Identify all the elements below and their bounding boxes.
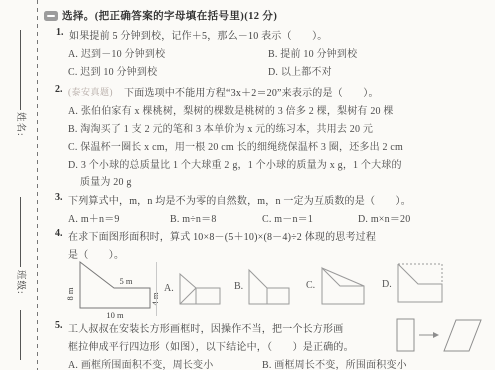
q4-option-c-figure	[320, 266, 366, 306]
q3-number: 3.	[55, 192, 63, 203]
q5-number: 5.	[55, 320, 63, 331]
q2-option-d-line1: D. 3 个小球的总质量比 1 个大球重 2 g，1 个小球的质量为 x g，1…	[68, 156, 402, 171]
q5-text-line1: 工人叔叔在安装长方形画框时，因操作不当，把一个长方形画	[68, 320, 343, 335]
q5-option-b: B. 画框周长不变，所围面积变小	[262, 356, 407, 370]
q4-option-a-label: A.	[164, 283, 174, 294]
q2-option-b: B. 淘淘买了 1 支 2 元的笔和 3 本单价为 x 元的练习本，共用去 20…	[68, 120, 373, 135]
q4-fig-label-8m: 8 m	[65, 287, 75, 300]
q2-option-a: A. 张伯伯家有 x 棵桃树，梨树的棵数是桃树的 3 倍多 2 棵，梨树有 20…	[68, 102, 394, 117]
q2-option-d-line2: 质量为 20 g	[80, 173, 132, 188]
q4-fig-label-10m: 10 m	[106, 310, 124, 320]
q1-option-a: A. 迟到－10 分钟到校	[68, 45, 165, 60]
q3-option-b: B. m÷n＝8	[170, 210, 217, 225]
q4-text-line1: 在求下面图形面积时，算式 10×8－(5＋10)×(8－4)÷2 体现的思考过程	[68, 228, 376, 243]
q3-option-d: D. m×n＝20	[358, 210, 410, 225]
margin-divider-dashed	[37, 0, 38, 370]
arrow-right-icon	[433, 332, 439, 338]
q1-text: 如果提前 5 分钟到校，记作＋5，那么－10 表示（ ）。	[69, 27, 328, 42]
q4-fig-label-5m: 5 m	[120, 276, 133, 286]
q5-option-a: A. 画框所围面积不变，周长变小	[68, 356, 213, 370]
q4-option-c-label: C.	[306, 280, 315, 291]
name-write-line	[20, 30, 21, 110]
section-title: 选择。(把正确答案的字母填在括号里)(12 分)	[62, 8, 277, 23]
q1-number: 1.	[56, 27, 64, 38]
q2-number: 2.	[55, 84, 63, 95]
q4-option-b-figure	[247, 268, 291, 306]
q1-option-d: D. 以上都不对	[268, 63, 332, 78]
q3-text: 下列算式中，m，n 均是不为零的自然数，m，n 一定为互质数的是（ ）。	[68, 192, 411, 207]
q5-frame-figure	[394, 316, 486, 356]
q4-fig-label-4m: 4 m	[150, 292, 160, 305]
q4-number: 4.	[55, 228, 63, 239]
q4-option-b-label: B.	[234, 281, 243, 292]
q4-option-a-figure	[178, 272, 222, 306]
extra-write-line	[20, 310, 21, 360]
q2-source-tag: (泰安真题)	[68, 85, 113, 98]
q3-option-c: C. m－n＝1	[262, 210, 313, 225]
class-label: 班级:	[15, 270, 29, 295]
class-write-line	[20, 197, 21, 267]
q1-option-c: C. 迟到 10 分钟到校	[68, 63, 157, 78]
q4-figure-divider	[156, 262, 157, 316]
q1-option-b: B. 提前 10 分钟到校	[268, 45, 357, 60]
q2-text: 下面选项中不能用方程“3x＋2＝20”来表示的是（ ）。	[124, 84, 379, 99]
q4-option-d-label: D.	[382, 279, 392, 290]
q2-option-c: C. 保温杯一圈长 x cm，用一根 20 cm 长的细绳绕保温杯 3 圈，还多…	[68, 138, 403, 153]
q4-option-d-figure	[396, 262, 444, 304]
q5-text-line2: 框拉伸成平行四边形（如图），以下结论中，（ ）是正确的。	[68, 338, 354, 353]
minus-badge-icon	[44, 11, 58, 21]
name-label: 姓名:	[15, 112, 29, 137]
q3-option-a: A. m＋n＝9	[68, 210, 120, 225]
